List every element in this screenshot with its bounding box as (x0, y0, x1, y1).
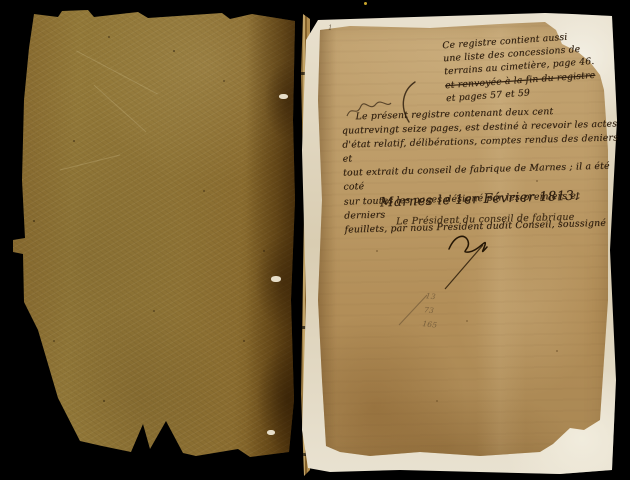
cover-speckles (13, 10, 15, 12)
dust-speck (364, 2, 367, 5)
cover-crease (60, 155, 120, 171)
signature-flourish-icon (443, 231, 501, 293)
torn-paper-fleck (267, 430, 275, 435)
marginal-note: Ce registre contient aussi une liste des… (442, 29, 598, 105)
spine-stain (246, 10, 298, 462)
cover-crease (94, 85, 147, 133)
corner-mark: 1 (328, 24, 333, 32)
cover-crease (76, 50, 158, 94)
inside-front-cover (13, 10, 298, 462)
pencil-mark: 165 (421, 317, 438, 333)
torn-paper-fleck (271, 276, 281, 282)
torn-paper-fleck (279, 94, 288, 99)
scanned-register-spread: 1 Ce registre contient aussi une liste d… (0, 0, 630, 480)
